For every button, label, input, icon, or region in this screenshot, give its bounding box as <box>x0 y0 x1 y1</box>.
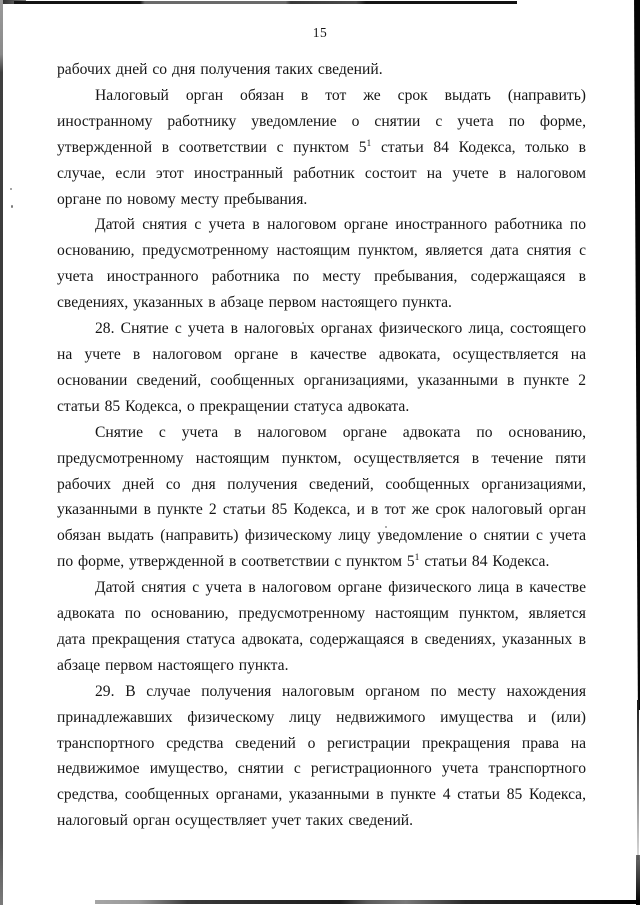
paragraph: Датой снятия с учета в налоговом органе … <box>57 212 586 316</box>
scan-edge-left <box>0 0 3 905</box>
scan-speck <box>10 188 12 190</box>
scan-edge-right-lower <box>637 700 639 860</box>
scan-speck <box>385 526 387 528</box>
scan-speck <box>302 322 304 324</box>
paragraph-text: 28. Снятие с учета в налоговых органах ф… <box>57 320 586 415</box>
paragraph-text: статьи 84 Кодекса. <box>419 553 549 570</box>
paragraph: 29. В случае получения налоговым органом… <box>57 679 586 834</box>
paragraph: Датой снятия с учета в налоговом органе … <box>57 575 586 679</box>
scan-edge-bottom <box>95 900 640 905</box>
paragraph-text: 29. В случае получения налоговым органом… <box>57 683 586 830</box>
scan-edge-top <box>14 1 517 4</box>
paragraph-text: Датой снятия с учета в налоговом органе … <box>57 216 586 311</box>
paragraph: Снятие с учета в налоговом органе адвока… <box>57 420 586 575</box>
paragraph-text: Снятие с учета в налоговом органе адвока… <box>57 424 586 571</box>
scan-corner-bottom-right <box>636 855 640 905</box>
scanned-document-page: 15 рабочих дней со дня получения таких с… <box>0 0 640 905</box>
paragraph: рабочих дней со дня получения таких свед… <box>57 57 586 83</box>
paragraph: Налоговый орган обязан в тот же срок выд… <box>57 83 586 213</box>
page-number: 15 <box>0 25 640 41</box>
document-body: рабочих дней со дня получения таких свед… <box>57 57 586 834</box>
scan-edge-right <box>633 0 640 710</box>
paragraph: 28. Снятие с учета в налоговых органах ф… <box>57 316 586 420</box>
paragraph-text: Датой снятия с учета в налоговом органе … <box>57 579 586 674</box>
paragraph-text: рабочих дней со дня получения таких свед… <box>57 61 383 78</box>
scan-speck <box>11 205 13 208</box>
